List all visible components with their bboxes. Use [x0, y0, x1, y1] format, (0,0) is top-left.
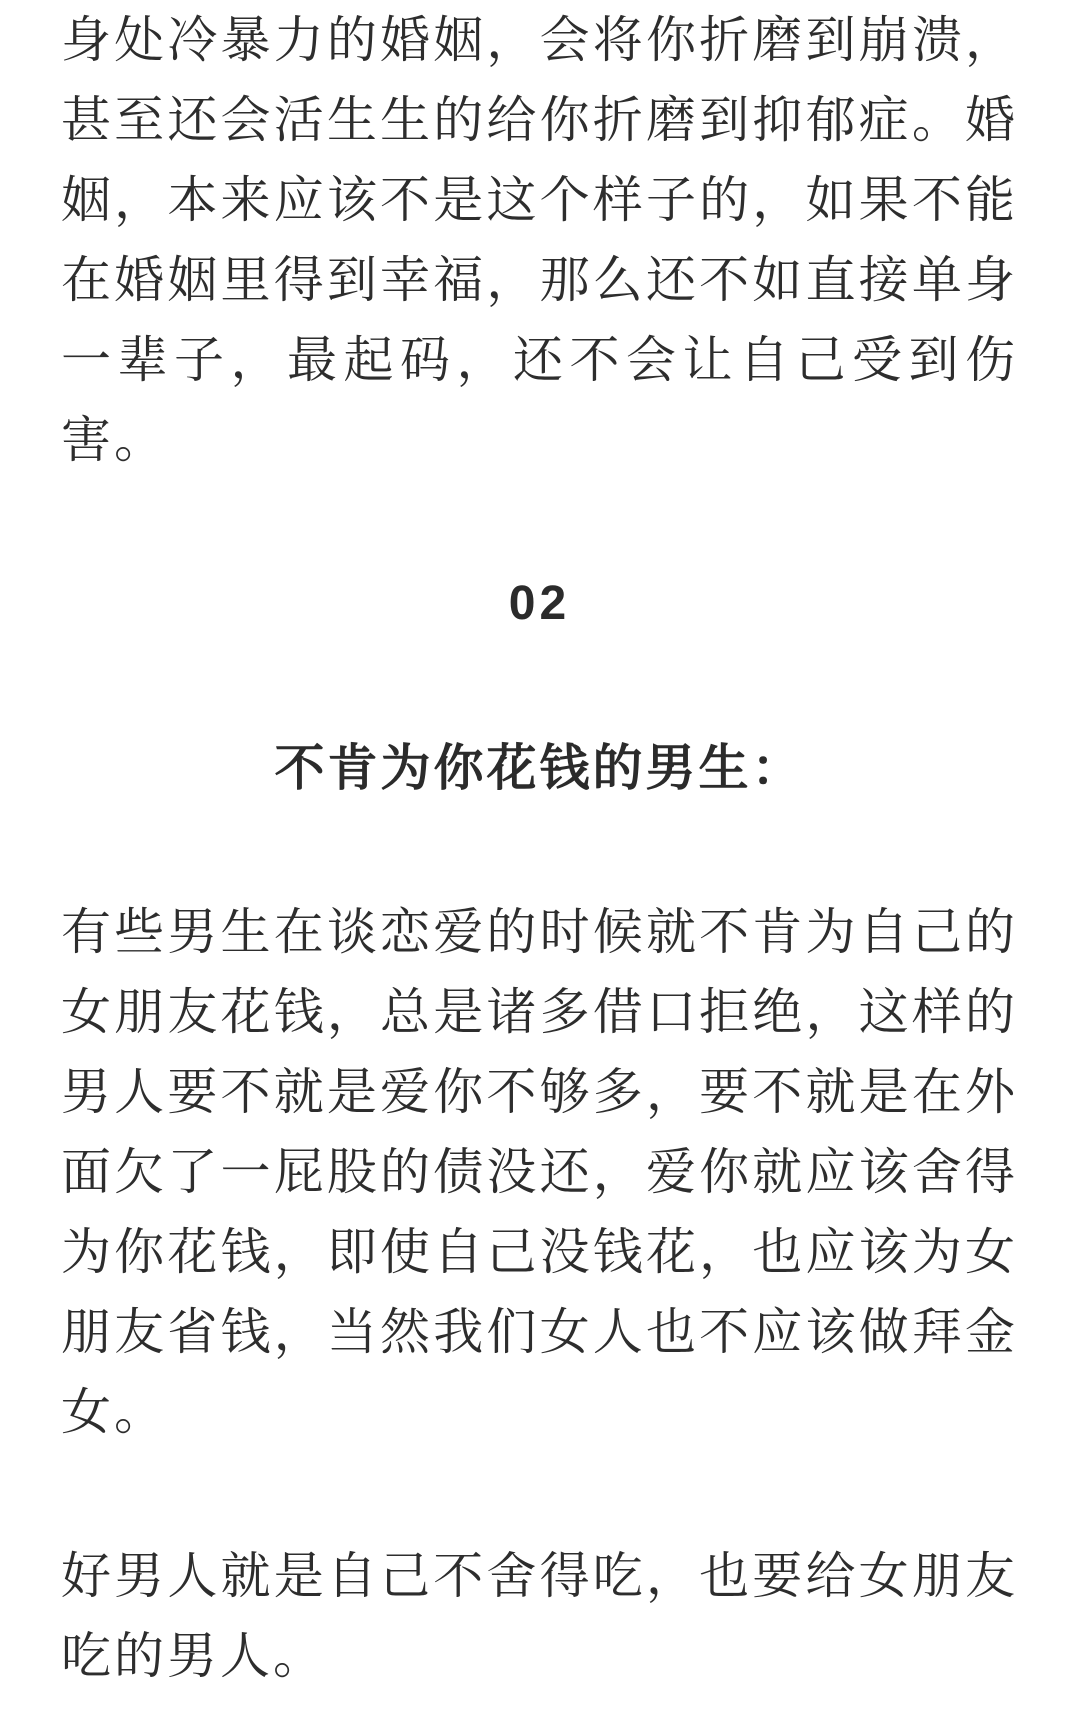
article-body: 身处冷暴力的婚姻，会将你折磨到崩溃，甚至还会活生生的给你折磨到抑郁症。婚姻，本来… — [0, 0, 1079, 1696]
paragraph-good-man: 好男人就是自己不舍得吃，也要给女朋友吃的男人。 — [61, 1536, 1018, 1696]
section-heading: 不肯为你花钱的男生： — [61, 728, 1018, 808]
paragraph-unwilling-to-spend: 有些男生在谈恋爱的时候就不肯为自己的女朋友花钱，总是诸多借口拒绝，这样的男人要不… — [61, 892, 1018, 1452]
paragraph-marriage-cold-violence: 身处冷暴力的婚姻，会将你折磨到崩溃，甚至还会活生生的给你折磨到抑郁症。婚姻，本来… — [61, 0, 1018, 480]
section-number: 02 — [61, 564, 1018, 644]
